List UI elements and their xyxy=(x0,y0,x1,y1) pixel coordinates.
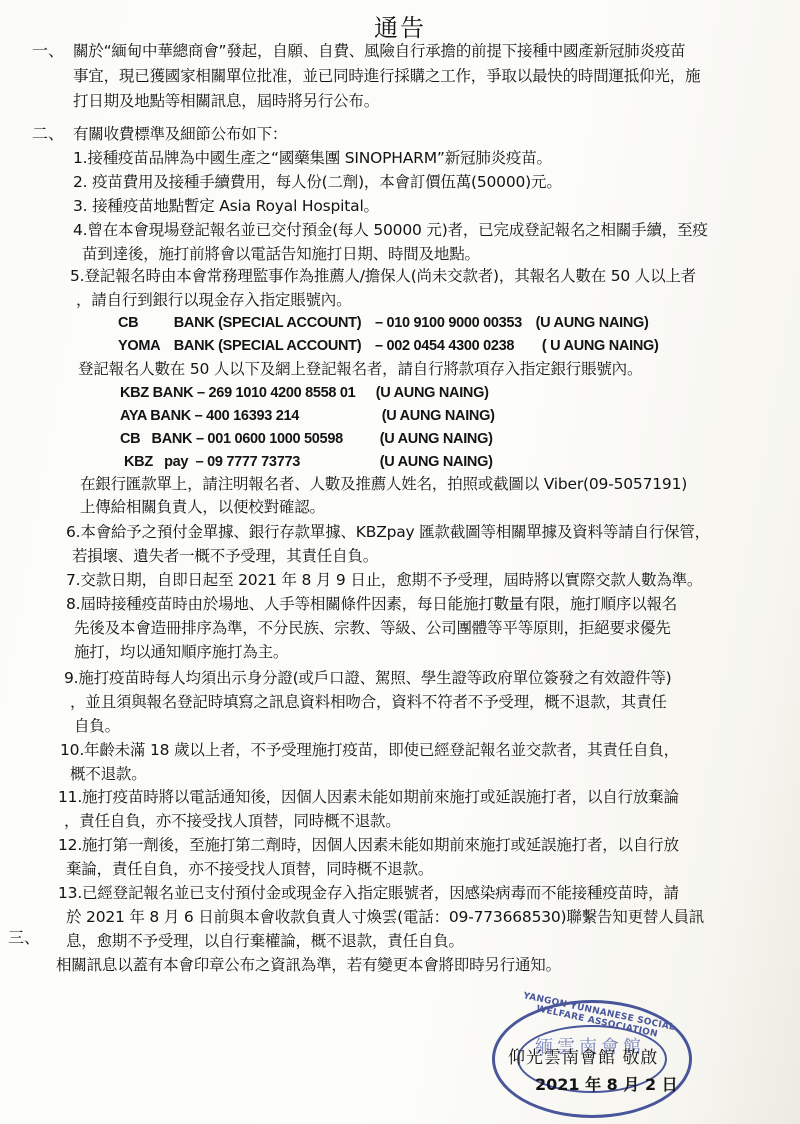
account-label: KBZ pay – 09 7777 73773 xyxy=(124,452,376,472)
account-holder: (U AUNG NAING) xyxy=(536,315,649,331)
under-50-note: 登記報名人數在 50 人以下及網上登記報名者，請自行將款項存入指定銀行賬號內。 xyxy=(78,359,642,379)
item-8-cont: 先後及本會造冊排序為準，不分民族、宗教、等級、公司團體等平等原則，拒絕要求優先 xyxy=(74,618,671,638)
account-holder: (U AUNG NAING) xyxy=(382,408,495,424)
item-10-cont: 概不退款。 xyxy=(70,764,147,784)
account-kbz: KBZ BANK – 269 1010 4200 8558 01 (U AUNG… xyxy=(120,383,489,403)
account-cb-special: CB BANK (SPECIAL ACCOUNT) – 010 9100 900… xyxy=(118,313,649,333)
account-label: AYA BANK – 400 16393 214 xyxy=(120,406,378,426)
item-10: 10.年齡未滿 18 歲以上者，不予受理施打疫苗，即使已經登記報名並交款者，其責… xyxy=(60,740,679,760)
signature: 仰光雲南會館 敬啟 xyxy=(508,1043,658,1068)
account-kbzpay: KBZ pay – 09 7777 73773 (U AUNG NAING) xyxy=(124,452,493,472)
item-5-cont: ，請自行到銀行以現金存入指定賬號內。 xyxy=(76,290,351,310)
remit-instructions-cont: 上傳給相關負責人，以便校對確認。 xyxy=(80,497,325,517)
item-8: 8.屆時接種疫苗時由於場地、人手等相關條件因素，每日能施打數量有限，施打順序以報… xyxy=(66,594,677,614)
account-label: CB BANK – 001 0600 1000 50598 xyxy=(120,429,376,449)
account-holder: (U AUNG NAING) xyxy=(380,454,493,470)
section-marker-3: 三、 xyxy=(8,928,40,948)
account-number: – 010 9100 9000 00353 xyxy=(375,315,522,331)
section-1-line: 事宜，現已獲國家相關單位批准，並已同時進行採購之工作，爭取以最快的時間運抵仰光，… xyxy=(73,66,700,86)
item-5: 5.登記報名時由本會常務理監事作為推薦人/擔保人(尚未交款者)，其報名人數在 5… xyxy=(70,266,696,286)
account-yoma-special: YOMA BANK (SPECIAL ACCOUNT) – 002 0454 4… xyxy=(118,336,659,356)
account-cb: CB BANK – 001 0600 1000 50598 (U AUNG NA… xyxy=(120,429,493,449)
account-holder: (U AUNG NAING) xyxy=(380,431,493,447)
item-6: 6.本會給予之預付金單據、銀行存款單據、KBZpay 匯款截圖等相關單據及資料等… xyxy=(66,522,710,542)
item-9: 9.施打疫苗時每人均須出示身分證(或戶口證、駕照、學生證等政府單位簽發之有效證件… xyxy=(64,668,672,688)
item-13-cont: 息，愈期不予受理，以自行棄權論，概不退款，責任自負。 xyxy=(66,931,464,951)
account-aya: AYA BANK – 400 16393 214 (U AUNG NAING) xyxy=(120,406,495,426)
item-8-cont: 施打，均以通知順序施打為主。 xyxy=(74,642,288,662)
account-number: – 002 0454 4300 0238 xyxy=(375,338,514,354)
signature-date: 2021 年 8 月 2 日 xyxy=(535,1072,678,1095)
item-2: 2. 疫苗費用及接種手續費用，每人份(二劑)，本會訂價伍萬(50000)元。 xyxy=(73,172,562,192)
item-11-cont: ，責任自負，亦不接受找人頂替，同時概不退款。 xyxy=(64,811,401,831)
item-12-cont: 棄論，責任自負，亦不接受找人頂替，同時概不退款。 xyxy=(66,859,433,879)
bank-name: YOMA xyxy=(118,336,170,356)
section-2-heading: 有關收費標準及細節公布如下： xyxy=(73,124,287,144)
item-9-cont: 自負。 xyxy=(74,716,120,736)
item-9-cont: ，並且須與報名登記時填寫之訊息資料相吻合，資料不符者不予受理，概不退款，其責任 xyxy=(70,692,667,712)
item-13: 13.已經登記報名並已支付預付金或現金存入指定賬號者，因感染病毒而不能接種疫苗時… xyxy=(58,883,679,903)
item-11: 11.施打疫苗時將以電話通知後，因個人因素未能如期前來施打或延誤施打者，以自行放… xyxy=(58,787,679,807)
account-type: BANK (SPECIAL ACCOUNT) xyxy=(174,315,362,331)
section-marker-2: 二、 xyxy=(32,124,64,144)
item-4: 4.曾在本會現場登記報名並已交付預金(每人 50000 元)者，已完成登記報名之… xyxy=(73,220,708,240)
remit-instructions: 在銀行匯款單上，請注明報名者、人數及推薦人姓名，拍照或截圖以 Viber(09-… xyxy=(80,474,687,494)
bank-name: CB xyxy=(118,313,170,333)
account-type: BANK (SPECIAL ACCOUNT) xyxy=(174,338,362,354)
item-12: 12.施打第一劑後，至施打第二劑時，因個人因素未能如期前來施打或延誤施打者，以自… xyxy=(58,835,679,855)
account-label: KBZ BANK – 269 1010 4200 8558 01 xyxy=(120,383,372,403)
item-4-cont: 苗到達後，施打前將會以電話告知施打日期、時間及地點。 xyxy=(82,244,480,264)
item-13-cont: 於 2021 年 8 月 6 日前與本會收款負責人寸煥雲(電話：09-77366… xyxy=(66,907,704,927)
notice-page: 通告 一、 關於“緬甸中華總商會”發起，自願、自費、風險自行承擔的前提下接種中國… xyxy=(0,0,800,1124)
account-holder: (U AUNG NAING) xyxy=(376,385,489,401)
section-marker-1: 一、 xyxy=(32,41,64,61)
section-3-line: 相關訊息以蓋有本會印章公布之資訊為準，若有變更本會將即時另行通知。 xyxy=(56,955,561,975)
item-6-cont: 若損壞、遺失者一概不予受理，其責任自負。 xyxy=(72,546,378,566)
section-1-line: 打日期及地點等相關訊息，屆時將另行公布。 xyxy=(73,91,379,111)
section-1-line: 關於“緬甸中華總商會”發起，自願、自費、風險自行承擔的前提下接種中國產新冠肺炎疫… xyxy=(73,41,685,61)
item-3: 3. 接種疫苗地點暫定 Asia Royal Hospital。 xyxy=(73,196,379,216)
account-holder: ( U AUNG NAING) xyxy=(542,338,659,354)
page-title: 通告 xyxy=(0,8,800,43)
item-1: 1.接種疫苗品牌為中國生產之“國藥集團 SINOPHARM”新冠肺炎疫苗。 xyxy=(73,148,552,168)
item-7: 7.交款日期，自即日起至 2021 年 8 月 9 日止，愈期不予受理，屆時將以… xyxy=(66,570,702,590)
